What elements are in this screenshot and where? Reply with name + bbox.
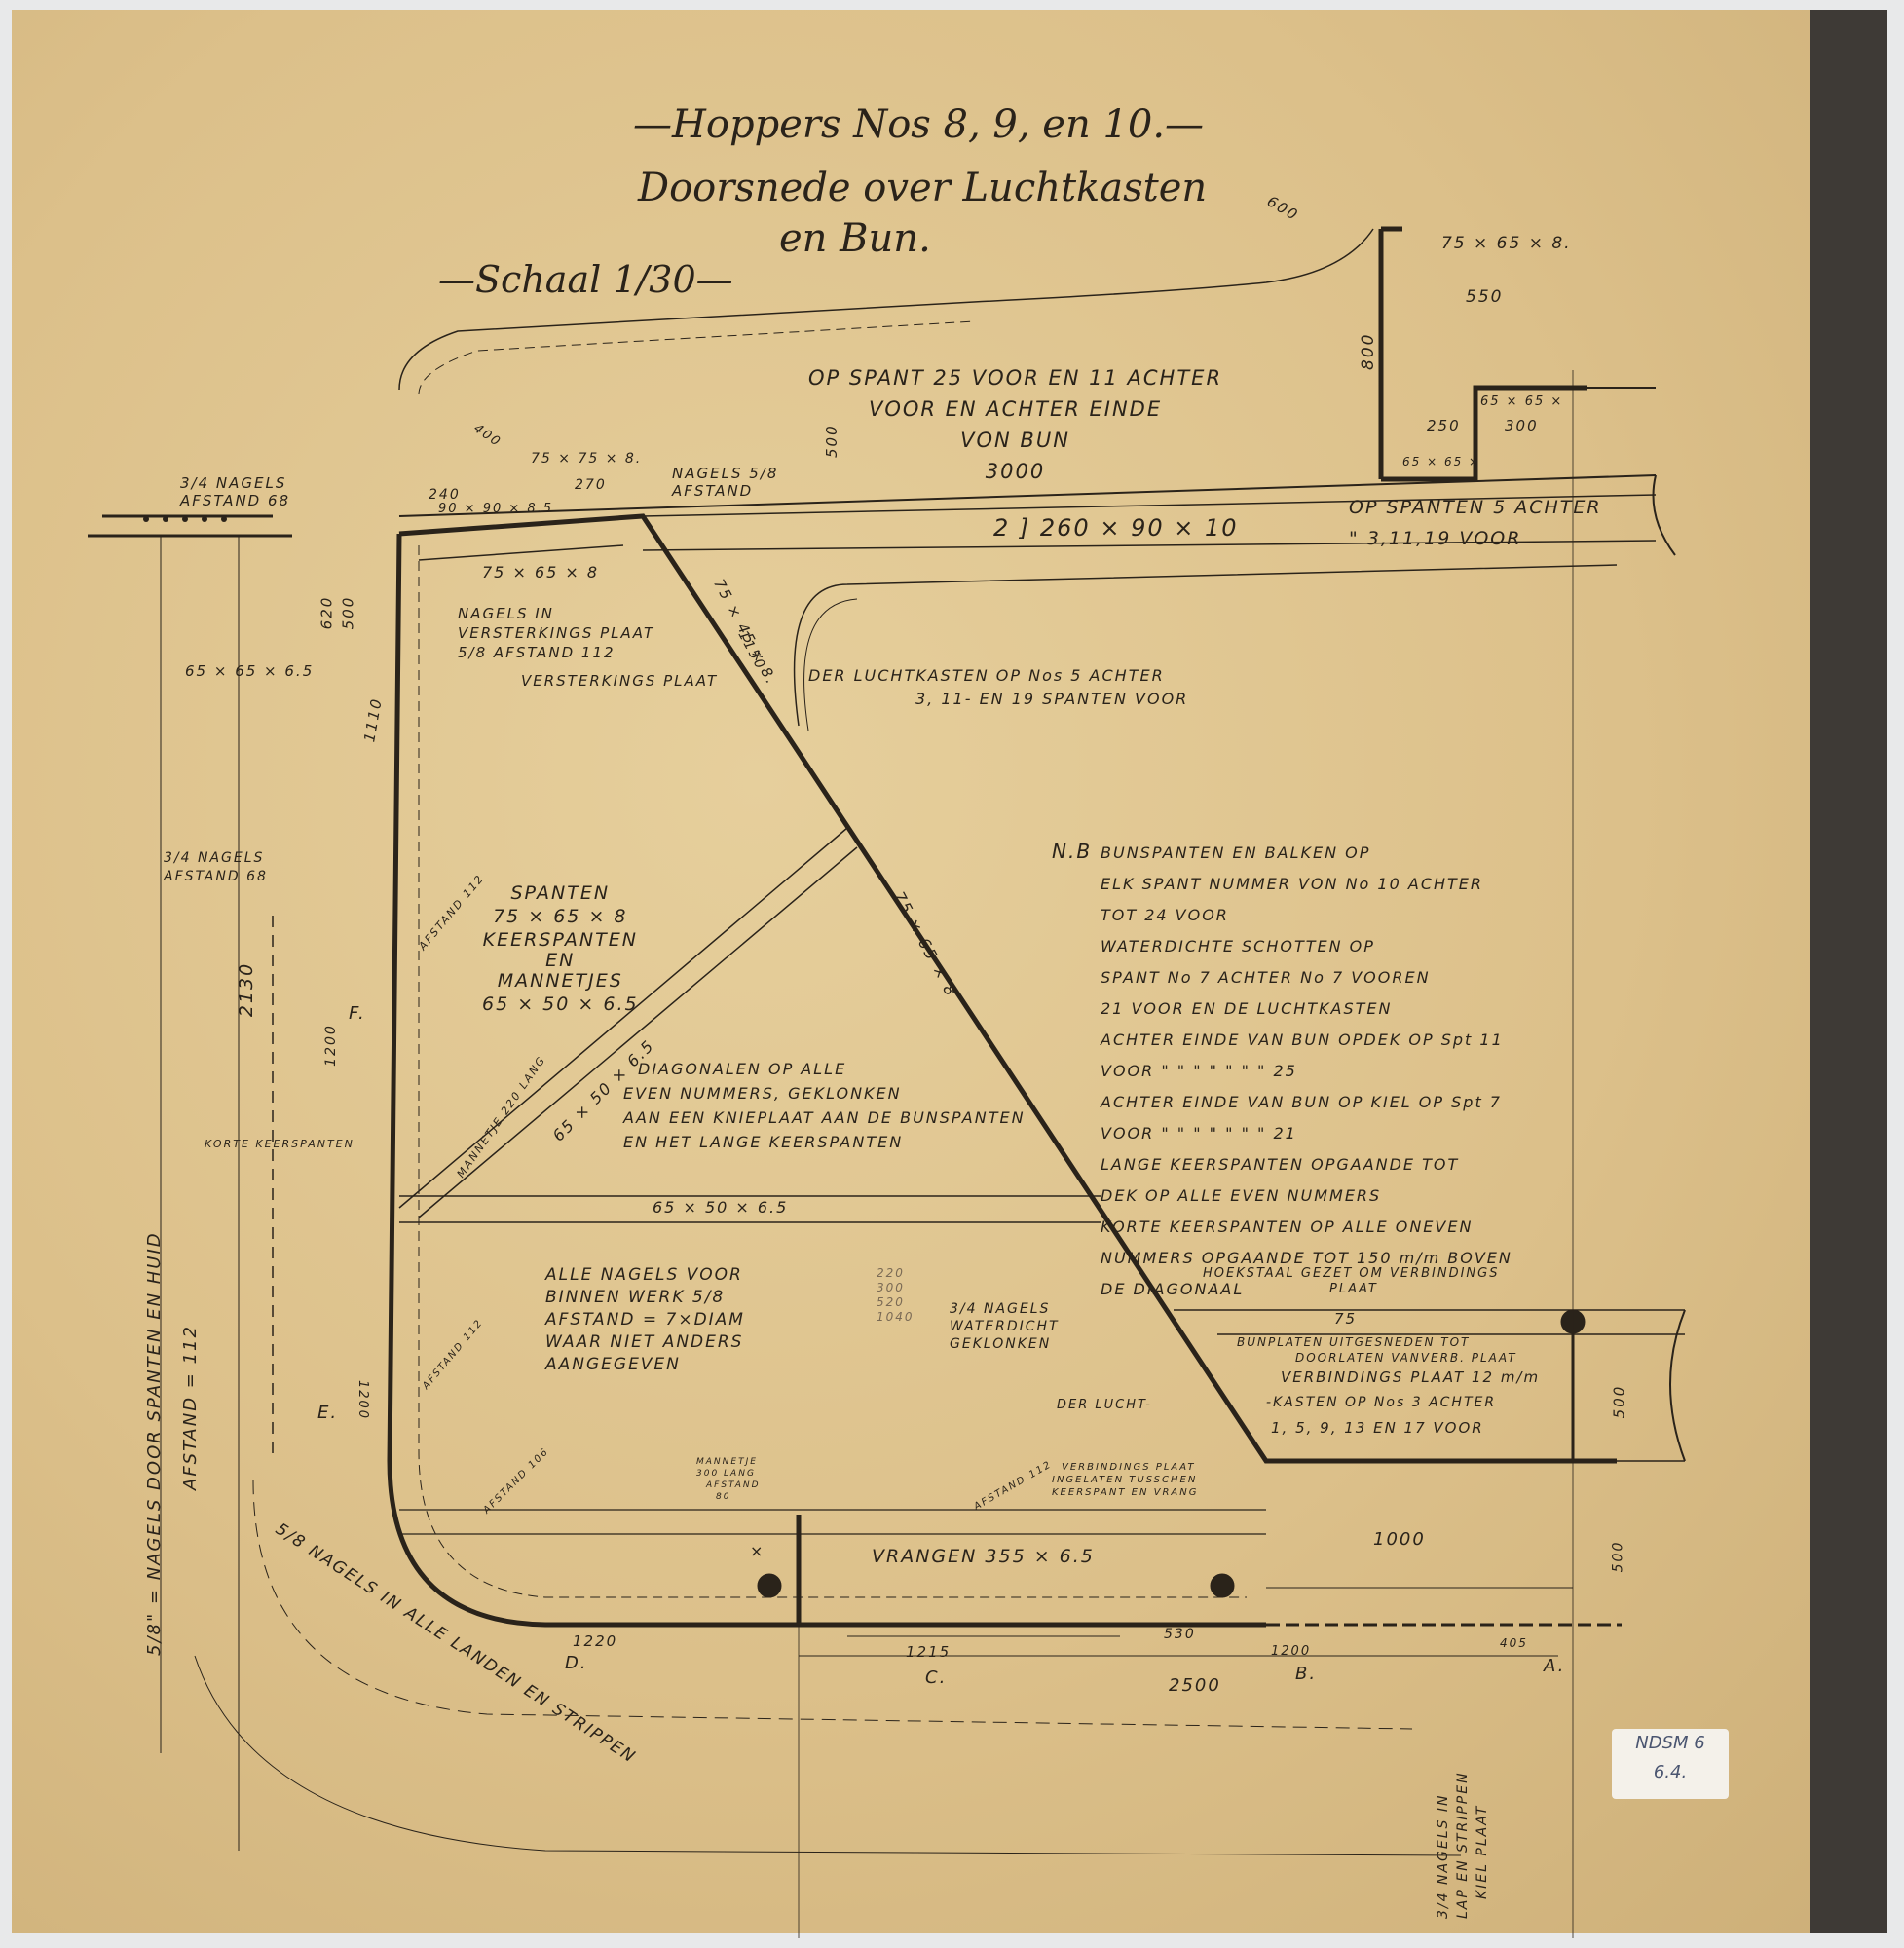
angle-75-75: 75 × 75 × 8.	[531, 451, 642, 467]
bunplaten-note: BUNPLATEN UITGESNEDEN TOT DOORLATEN VANV…	[1237, 1334, 1517, 1366]
spanten-note: OP SPANTEN 5 ACHTER " 3,11,19 VOOR	[1349, 492, 1602, 554]
angle-75-65: 75 × 65 × 8	[482, 563, 599, 581]
dim-240-a: 240	[429, 487, 461, 503]
hoekstaal-note: HOEKSTAAL GEZET OM VERBINDINGS PLAAT	[1203, 1266, 1499, 1297]
dim-500-right: 500	[1610, 1385, 1627, 1419]
korte-keerspanten: KORTE KEERSPANTEN	[205, 1138, 355, 1150]
nagels-lower-left-label: 3/4 NAGELS AFSTAND 68	[164, 849, 268, 886]
dim-1200-b: 1200	[1271, 1644, 1311, 1659]
nagels-waterdicht: 3/4 NAGELS WATERDICHT GEKLONKEN	[950, 1300, 1060, 1353]
drawing-title: —Hoppers Nos 8, 9, en 10.—	[633, 102, 1204, 147]
versterkings-plaat-label: VERSTERKINGS PLAAT	[521, 672, 718, 690]
dim-530: 530	[1164, 1627, 1196, 1642]
kiel-note: 3/4 NAGELS IN LAP EN STRIPPEN KIEL PLAAT	[1434, 1771, 1492, 1919]
angle-65: 65 × 65 × 6.5	[185, 662, 314, 680]
drawing-scale: —Schaal 1/30—	[438, 258, 733, 301]
label-b: B.	[1295, 1664, 1317, 1684]
dim-1220: 1220	[573, 1632, 617, 1650]
label-d: D.	[565, 1653, 588, 1673]
label-e: E.	[317, 1403, 338, 1423]
horiz-angle: 65 × 50 × 6.5	[653, 1198, 788, 1217]
diagonalen-note: DIAGONALEN OP ALLE EVEN NUMMERS, GEKLONK…	[623, 1057, 1026, 1154]
mannetje-300: MANNETJE 300 LANG AFSTAND 80	[696, 1456, 761, 1503]
dim-500-top: 500	[823, 424, 840, 458]
archive-tag-line2: 6.4.	[1612, 1758, 1729, 1787]
nagels-top-label: NAGELS 5/8 AFSTAND	[672, 465, 778, 500]
beam-label: 2 ] 260 × 90 × 10	[993, 514, 1239, 542]
archive-tag: NDSM 6 6.4.	[1612, 1729, 1729, 1799]
drawing-subtitle-2: en Bun.	[779, 216, 931, 261]
dim-800: 800	[1359, 333, 1378, 370]
verbindings-plaat-note: VERBINDINGS PLAAT INGELATEN TUSSCHEN KEE…	[1052, 1461, 1198, 1499]
dim-1200-e: 1200	[355, 1380, 370, 1420]
label-f: F.	[349, 1003, 366, 1024]
dim-620: 620	[317, 596, 335, 630]
dim-405: 405	[1500, 1636, 1528, 1650]
dim-500: 500	[339, 596, 356, 630]
dim-1000: 1000	[1373, 1529, 1426, 1550]
angle-top-right: 75 × 65 × 8.	[1441, 234, 1572, 253]
dim-2500: 2500	[1169, 1675, 1221, 1696]
nb-note: BUNSPANTEN EN BALKEN OP ELK SPANT NUMMER…	[1101, 838, 1512, 1305]
dim-2130: 2130	[236, 962, 257, 1017]
dim-1215: 1215	[906, 1643, 951, 1661]
label-c: C.	[925, 1667, 947, 1688]
label-a: A.	[1544, 1656, 1565, 1676]
dim-1200-f: 1200	[323, 1024, 339, 1067]
angle-small-2: 65 × 65 ×	[1402, 455, 1480, 468]
nagels-huid-note: 5/8" = NAGELS DOOR SPANTEN EN HUID	[144, 1231, 165, 1656]
dim-300: 300	[1505, 417, 1539, 434]
dim-75: 75	[1334, 1310, 1357, 1328]
archive-tag-line1: NDSM 6	[1612, 1729, 1729, 1758]
pencil-calc: 220 300 520 1040	[877, 1266, 915, 1325]
spant-note: OP SPANT 25 VOOR EN 11 ACHTER VOOR EN AC…	[808, 362, 1222, 487]
drawing-subtitle: Doorsnede over Luchtkasten	[638, 166, 1207, 210]
angle-90: 90 × 90 × 8.5	[438, 502, 553, 516]
angle-small-1: 65 × 65 ×	[1480, 394, 1563, 409]
kasten-note: -KASTEN OP Nos 3 ACHTER	[1266, 1395, 1496, 1410]
nagels-left-label: 3/4 NAGELS AFSTAND 68	[180, 474, 290, 509]
verbindings-plaat: VERBINDINGS PLAAT 12 m/m	[1281, 1368, 1540, 1386]
der-lucht: DER LUCHT-	[1057, 1398, 1152, 1412]
x-mark: ×	[750, 1542, 765, 1560]
dim-500-right-2: 500	[1610, 1541, 1625, 1573]
dim-250: 250	[1427, 417, 1461, 434]
nagels-plaat-label: NAGELS IN VERSTERKINGS PLAAT 5/8 AFSTAND…	[458, 604, 654, 662]
spanten-spec: SPANTEN 75 × 65 × 8 KEERSPANTEN EN MANNE…	[482, 881, 639, 1016]
alle-nagels-note: ALLE NAGELS VOOR BINNEN WERK 5/8 AFSTAND…	[545, 1264, 745, 1376]
afstand-huid-note: AFSTAND = 112	[180, 1325, 201, 1490]
vrangen-label: VRANGEN 355 × 6.5	[872, 1546, 1095, 1567]
dim-550: 550	[1466, 287, 1503, 307]
luchtkasten-note: DER LUCHTKASTEN OP Nos 5 ACHTER 3, 11- E…	[808, 664, 1188, 711]
nb-prefix: N.B	[1052, 840, 1092, 863]
kasten-numbers: 1, 5, 9, 13 EN 17 VOOR	[1271, 1419, 1484, 1437]
dim-270: 270	[575, 477, 607, 493]
